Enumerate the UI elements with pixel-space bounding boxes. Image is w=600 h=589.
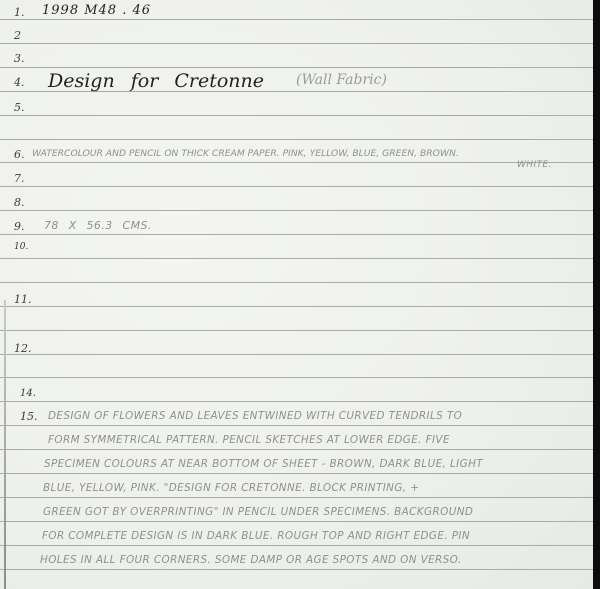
line-number: 3. [14, 52, 25, 65]
ruled-line [0, 186, 593, 187]
description-line: holes in all four corners. Some damp or … [40, 554, 462, 566]
description-line: for complete design is in dark blue. Rou… [42, 530, 470, 542]
ruled-line [0, 497, 593, 498]
description-line: specimen colours at near bottom of sheet… [44, 458, 483, 470]
ruled-line [0, 401, 593, 402]
line-number: 5. [14, 101, 25, 114]
line-number: 8. [14, 196, 25, 209]
line-number: 6. [14, 148, 25, 161]
ruled-line [0, 545, 593, 546]
line-number: 12. [14, 342, 32, 355]
ruled-line [0, 258, 593, 259]
ruled-line [0, 115, 593, 116]
ruled-line [0, 521, 593, 522]
line-number: 7. [14, 172, 25, 185]
line-number: 9. [14, 220, 25, 233]
ruled-line [0, 162, 593, 163]
line-number: 10. [14, 242, 28, 252]
accession-number: 1998 M48 . 46 [42, 3, 151, 18]
ruled-line [0, 473, 593, 474]
left-margin-line [4, 300, 6, 589]
description-line: green got by overprinting" in pencil und… [43, 506, 473, 518]
ruled-line [0, 210, 593, 211]
ruled-line [0, 139, 593, 140]
description-line: form symmetrical pattern. Pencil sketche… [48, 434, 450, 446]
description-line: Blue, Yellow, Pink. "Design for Cretonne… [43, 482, 419, 494]
line-number: 14. [20, 388, 36, 399]
ruled-line [0, 19, 593, 20]
ruled-line [0, 569, 593, 570]
ruled-line [0, 449, 593, 450]
ruled-line [0, 234, 593, 235]
ruled-line [0, 330, 593, 331]
ruled-line [0, 282, 593, 283]
line-number: 2 [14, 29, 21, 42]
ruled-line [0, 425, 593, 426]
description-line: Design of flowers and leaves entwined wi… [48, 410, 462, 422]
object-title-note: (Wall Fabric) [296, 72, 387, 88]
dimensions: 78 x 56.3 cms. [44, 219, 152, 232]
record-sheet: 1. 2 3. 4. 5. 6. 7. 8. 9. 10. 11. 12. 14… [0, 0, 593, 589]
medium-continuation: White. [517, 160, 552, 170]
ruled-line [0, 306, 593, 307]
line-number: 11. [14, 293, 32, 306]
medium-description: Watercolour and pencil on thick cream pa… [32, 148, 459, 159]
line-number: 15. [20, 410, 38, 423]
ruled-line [0, 354, 593, 355]
line-number: 1. [14, 6, 25, 19]
ruled-line [0, 67, 593, 68]
ruled-line [0, 377, 593, 378]
line-number: 4. [14, 76, 25, 89]
ruled-line [0, 43, 593, 44]
object-title: Design for Cretonne [48, 70, 264, 92]
scan-border [593, 0, 600, 589]
